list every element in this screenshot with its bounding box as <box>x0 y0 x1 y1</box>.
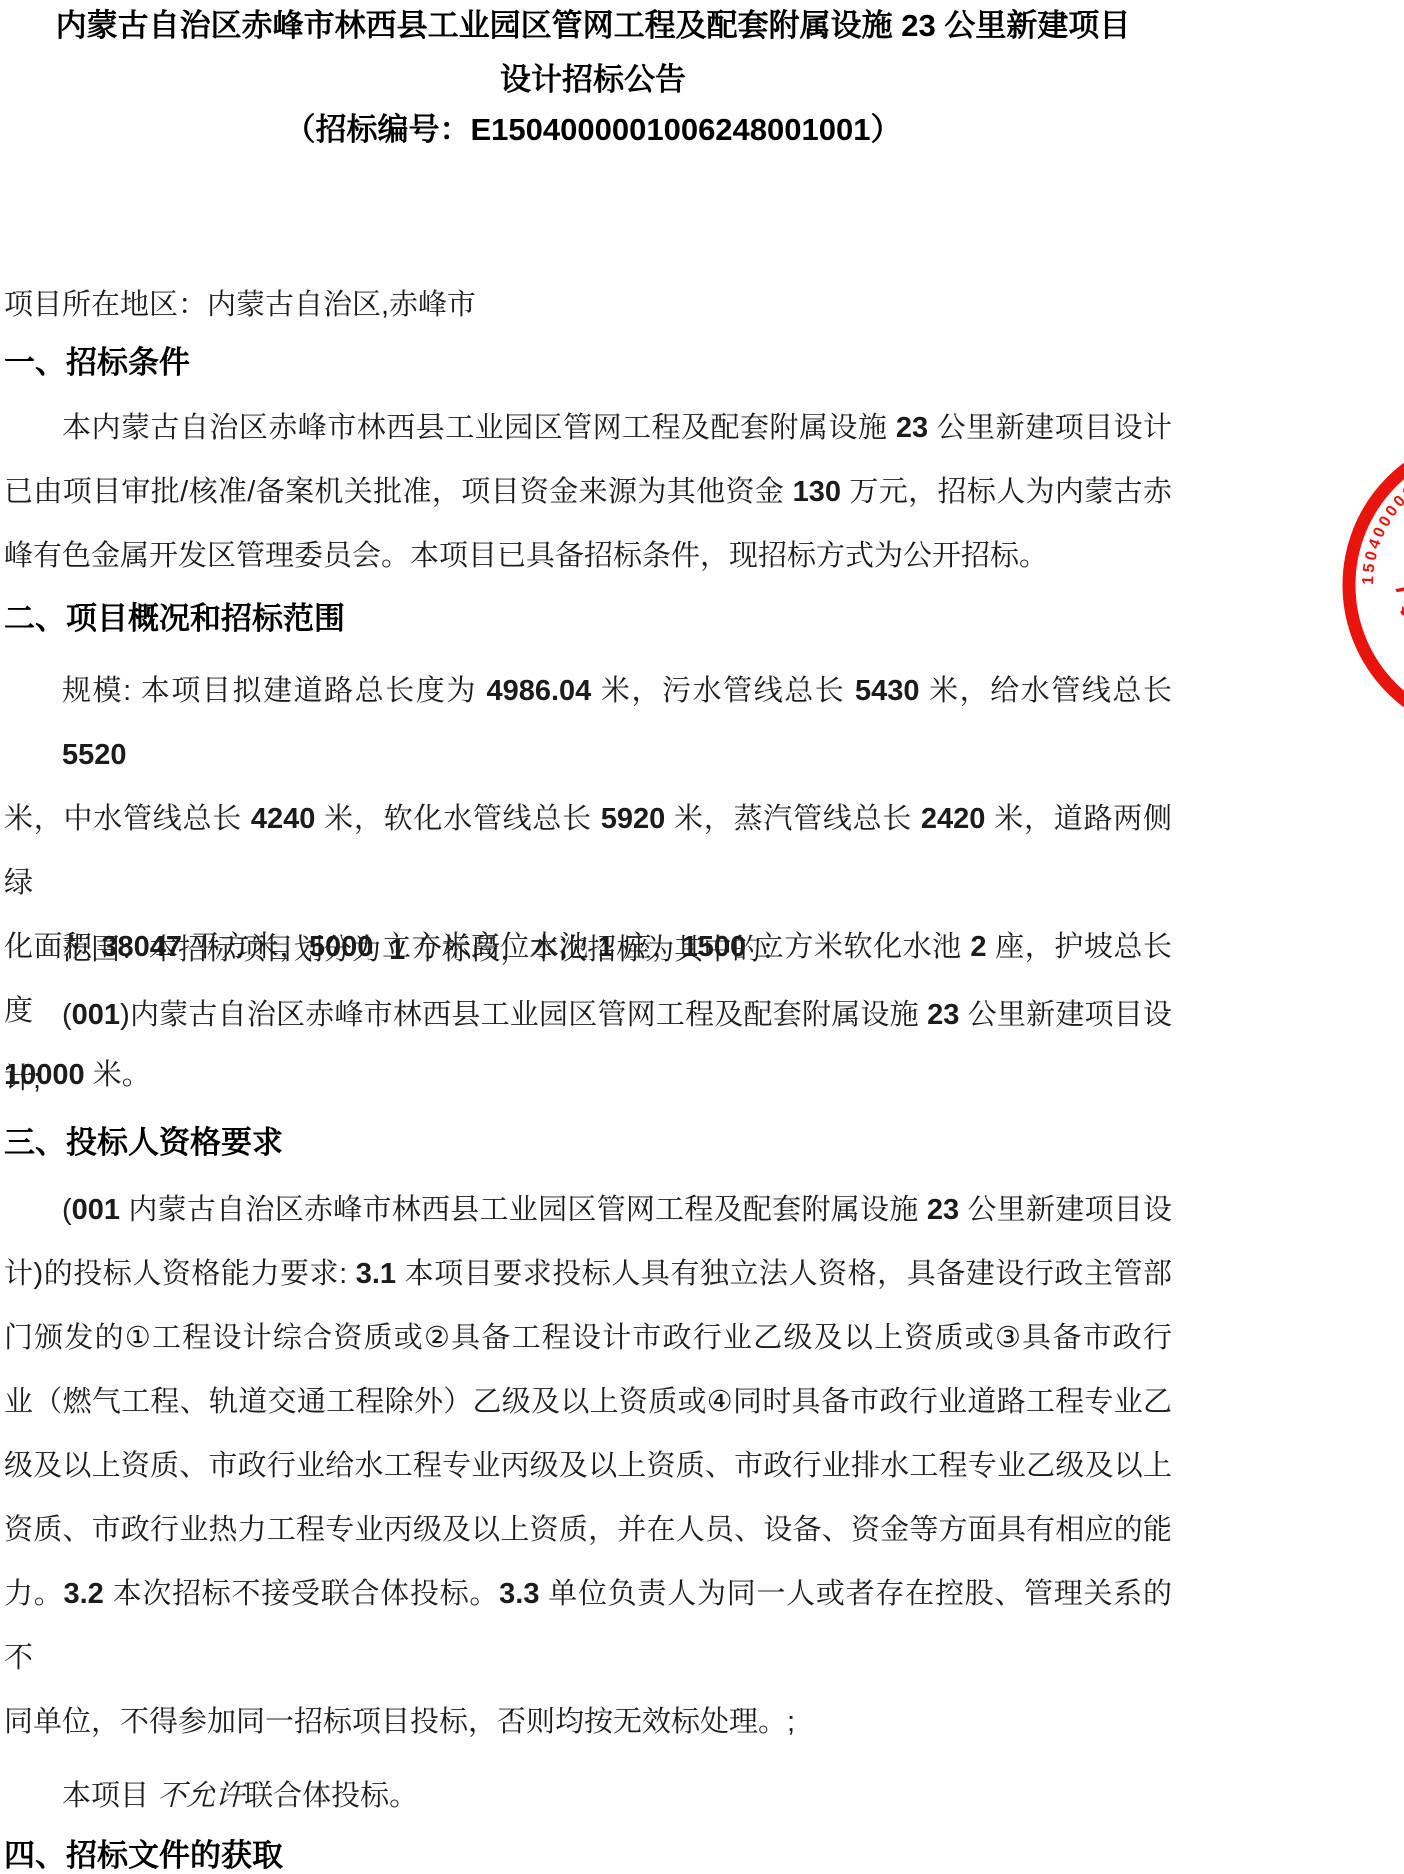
paragraph-line: 范围：本招标项目划分为 1 个标段，本次招标为其中的： <box>4 918 1172 982</box>
paragraph-line: 力。3.2 本次招标不接受联合体投标。3.3 单位负责人为同一人或者存在控股、管… <box>4 1562 1172 1690</box>
paragraph-line: 已由项目审批/核准/备案机关批准，项目资金来源为其他资金 130 万元，招标人为… <box>4 460 1172 524</box>
paragraph-line: 规模: 本项目拟建道路总长度为 4986.04 米，污水管线总长 5430 米，… <box>4 659 1172 787</box>
paragraph-line: 级及以上资质、市政行业给水工程专业丙级及以上资质、市政行业排水工程专业乙级及以上 <box>4 1434 1172 1498</box>
paragraph-line: 本内蒙古自治区赤峰市林西县工业园区管网工程及配套附属设施 23 公里新建项目设计 <box>4 396 1172 460</box>
section-3-paragraph: (001 内蒙古自治区赤峰市林西县工业园区管网工程及配套附属设施 23 公里新建… <box>4 1178 1172 1754</box>
red-official-seal-icon: 1504000010003308 内蒙古赤峰有色金属开发区管理委员会 <box>1340 430 1404 740</box>
joint-venture-statement: 本项目 不允许联合体投标。 <box>4 1764 1230 1828</box>
section-heading-1-tender-conditions: 一、招标条件 <box>4 343 190 383</box>
paragraph-line: 计)的投标人资格能力要求: 3.1 本项目要求投标人具有独立法人资格，具备建设行… <box>4 1242 1172 1306</box>
paragraph-line: (001 内蒙古自治区赤峰市林西县工业园区管网工程及配套附属设施 23 公里新建… <box>4 1178 1172 1242</box>
jv-text-prefix: 本项目 <box>62 1780 157 1812</box>
paragraph-line: 峰有色金属开发区管理委员会。本项目已具备招标条件，现招标方式为公开招标。 <box>4 524 1172 588</box>
section-heading-3-bidder-qualifications: 三、投标人资格要求 <box>4 1123 283 1163</box>
doc-title-line-1: 内蒙古自治区赤峰市林西县工业园区管网工程及配套附属设施 23 公里新建项目 <box>0 4 1186 48</box>
paragraph-line: 计; <box>4 1047 1172 1111</box>
paragraph-line: 业（燃气工程、轨道交通工程除外）乙级及以上资质或④同时具备市政行业道路工程专业乙 <box>4 1370 1172 1434</box>
section-1-paragraph: 本内蒙古自治区赤峰市林西县工业园区管网工程及配套附属设施 23 公里新建项目设计… <box>4 396 1172 588</box>
doc-title-line-2: 设计招标公告 <box>0 58 1186 102</box>
section-heading-4-obtain-documents: 四、招标文件的获取 <box>4 1836 283 1874</box>
jv-not-allowed-emphasis: 不允许 <box>157 1780 244 1812</box>
paragraph-line: 资质、市政行业热力工程专业丙级及以上资质，并在人员、设备、资金等方面具有相应的能 <box>4 1498 1172 1562</box>
tender-announcement-page: 内蒙古自治区赤峰市林西县工业园区管网工程及配套附属设施 23 公里新建项目 设计… <box>0 0 1404 1874</box>
section-heading-2-project-overview: 二、项目概况和招标范围 <box>4 599 345 639</box>
tender-number-line: （招标编号：E1504000001006248001001） <box>0 108 1186 152</box>
section-2-lot-paragraph: (001)内蒙古自治区赤峰市林西县工业园区管网工程及配套附属设施 23 公里新建… <box>4 983 1172 1111</box>
jv-text-suffix: 联合体投标。 <box>244 1780 418 1812</box>
project-location-line: 项目所在地区：内蒙古自治区,赤峰市 <box>4 273 1172 337</box>
paragraph-line: 门颁发的①工程设计综合资质或②具备工程设计市政行业乙级及以上资质或③具备市政行 <box>4 1306 1172 1370</box>
section-2-scope-paragraph: 范围：本招标项目划分为 1 个标段，本次招标为其中的： <box>4 918 1172 982</box>
paragraph-line: (001)内蒙古自治区赤峰市林西县工业园区管网工程及配套附属设施 23 公里新建… <box>4 983 1172 1047</box>
paragraph-line: 同单位，不得参加同一招标项目投标，否则均按无效标处理。; <box>4 1690 1172 1754</box>
paragraph-line: 米，中水管线总长 4240 米，软化水管线总长 5920 米，蒸汽管线总长 24… <box>4 787 1172 915</box>
